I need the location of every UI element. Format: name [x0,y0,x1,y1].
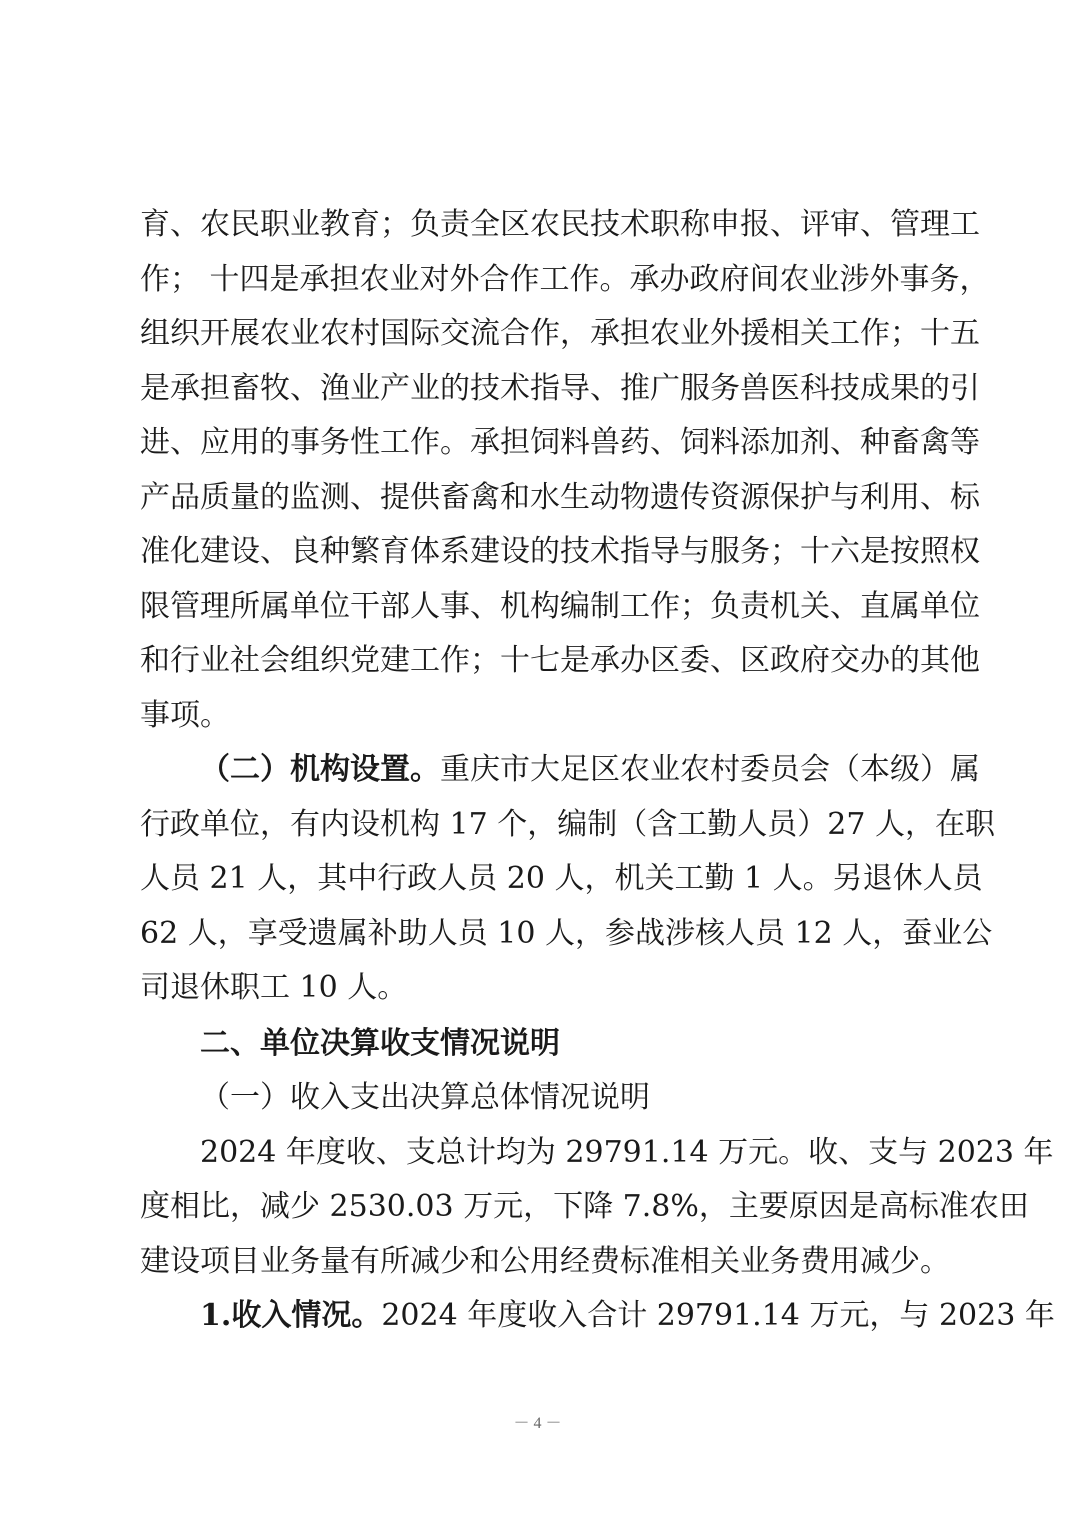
income-lead: 1.收入情况。 [200,1298,381,1333]
paragraph-line: 司退休职工 10 人。 [140,968,936,1008]
org-setup-text: 重庆市大足区农业农村委员会（本级）属 [440,752,980,787]
paragraph-line: 2024 年度收、支总计均为 29791.14 万元。收、支与 2023 年 [200,1133,936,1173]
org-setup-lead: （二）机构设置。 [200,752,440,787]
paragraph-line: 产品质量的监测、提供畜禽和水生动物遗传资源保护与利用、标 [140,478,936,518]
paragraph-line-income: 1.收入情况。2024 年度收入合计 29791.14 万元，与 2023 年 [200,1296,936,1336]
paragraph-line: 育、农民职业教育；负责全区农民技术职称申报、评审、管理工 [140,205,936,245]
sub-heading: （一）收入支出决算总体情况说明 [200,1078,936,1118]
paragraph-line: 作； 十四是承担农业对外合作工作。承办政府间农业涉外事务， [140,260,936,300]
income-text: 2024 年度收入合计 29791.14 万元，与 2023 年 [381,1298,1055,1333]
document-page: 育、农民职业教育；负责全区农民技术职称申报、评审、管理工 作； 十四是承担农业对… [0,0,1075,1520]
paragraph-line: 事项。 [140,696,936,736]
paragraph-line: 62 人，享受遗属补助人员 10 人，参战涉核人员 12 人，蚕业公 [140,914,936,954]
paragraph-line: 建设项目业务量有所减少和公用经费标准相关业务费用减少。 [140,1242,936,1282]
paragraph-line: 准化建设、良种繁育体系建设的技术指导与服务；十六是按照权 [140,532,936,572]
paragraph-line: 度相比，减少 2530.03 万元，下降 7.8%，主要原因是高标准农田 [140,1187,936,1227]
paragraph-line: 是承担畜牧、渔业产业的技术指导、推广服务兽医科技成果的引 [140,369,936,409]
paragraph-line: 行政单位，有内设机构 17 个，编制（含工勤人员）27 人，在职 [140,805,936,845]
paragraph-line: 进、应用的事务性工作。承担饲料兽药、饲料添加剂、种畜禽等 [140,423,936,463]
section-heading: 二、单位决算收支情况说明 [200,1024,936,1064]
paragraph-line: 和行业社会组织党建工作；十七是承办区委、区政府交办的其他 [140,641,936,681]
page-number: － 4 － [0,1410,1075,1433]
paragraph-line-org-setup: （二）机构设置。重庆市大足区农业农村委员会（本级）属 [200,750,936,790]
paragraph-line: 人员 21 人，其中行政人员 20 人，机关工勤 1 人。另退休人员 [140,859,936,899]
paragraph-line: 限管理所属单位干部人事、机构编制工作；负责机关、直属单位 [140,587,936,627]
paragraph-line: 组织开展农业农村国际交流合作，承担农业外援相关工作；十五 [140,314,936,354]
